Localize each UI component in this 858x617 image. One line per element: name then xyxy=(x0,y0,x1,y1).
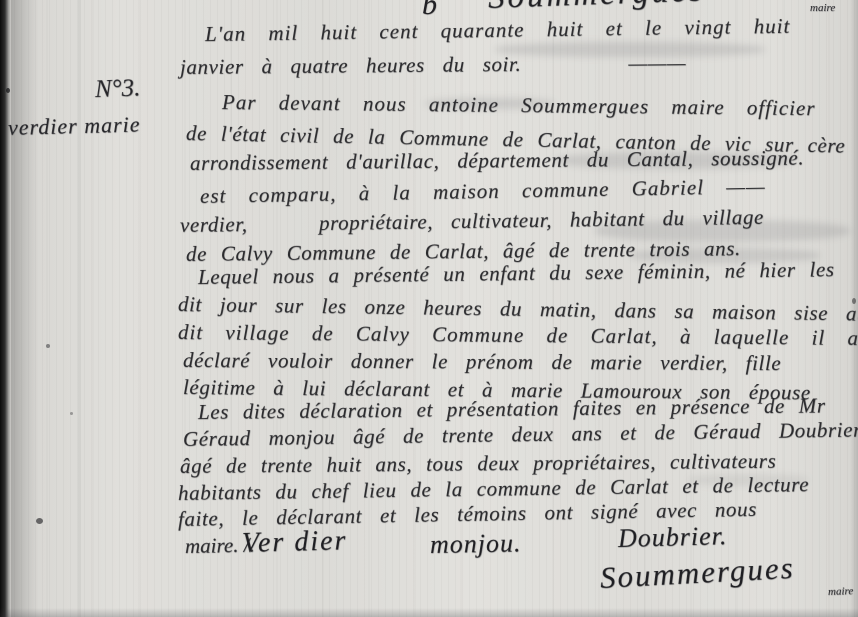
binding-edge-fade xyxy=(11,0,39,617)
margin-record-name: verdier marie xyxy=(8,112,141,141)
registry-page-scan: b Soummergues maire N°3. verdier marie L… xyxy=(0,0,858,617)
binding-edge-shadow xyxy=(0,0,11,617)
signature-mayor-soummergues: Soummergues xyxy=(599,550,795,596)
ink-speck xyxy=(36,518,43,524)
ink-speck xyxy=(6,88,10,93)
previous-act-mayor-title: maire xyxy=(810,2,835,14)
signature-witness-doubrier: Doubrier. xyxy=(618,521,728,554)
act-line-6: est comparu, à la maison commune Gabriel… xyxy=(200,174,766,209)
act-line-3: Par devant nous antoine Soummergues mair… xyxy=(222,90,816,121)
paper-crease xyxy=(78,0,81,617)
act-line-5: arrondissement d'aurillac, département d… xyxy=(190,146,804,176)
margin-record-number: N°3. xyxy=(95,74,141,104)
signature-declarant-verdier: Ver dier xyxy=(242,525,348,560)
ink-speck xyxy=(70,412,73,415)
signature-mayor-title: maire xyxy=(828,585,854,598)
previous-act-mayor-signature-fragment: Soummergues xyxy=(487,0,705,17)
signature-witness-monjou: monjou. xyxy=(430,528,522,560)
act-line-12: déclaré vouloir donner le prénom de mari… xyxy=(183,348,781,376)
ink-speck xyxy=(46,344,50,348)
act-line-11: dit village de Calvy Commune de Carlat, … xyxy=(178,320,858,351)
bottom-edge-shadow xyxy=(0,608,858,617)
act-line-2: janvier à quatre heures du soir. ——— xyxy=(180,51,686,80)
